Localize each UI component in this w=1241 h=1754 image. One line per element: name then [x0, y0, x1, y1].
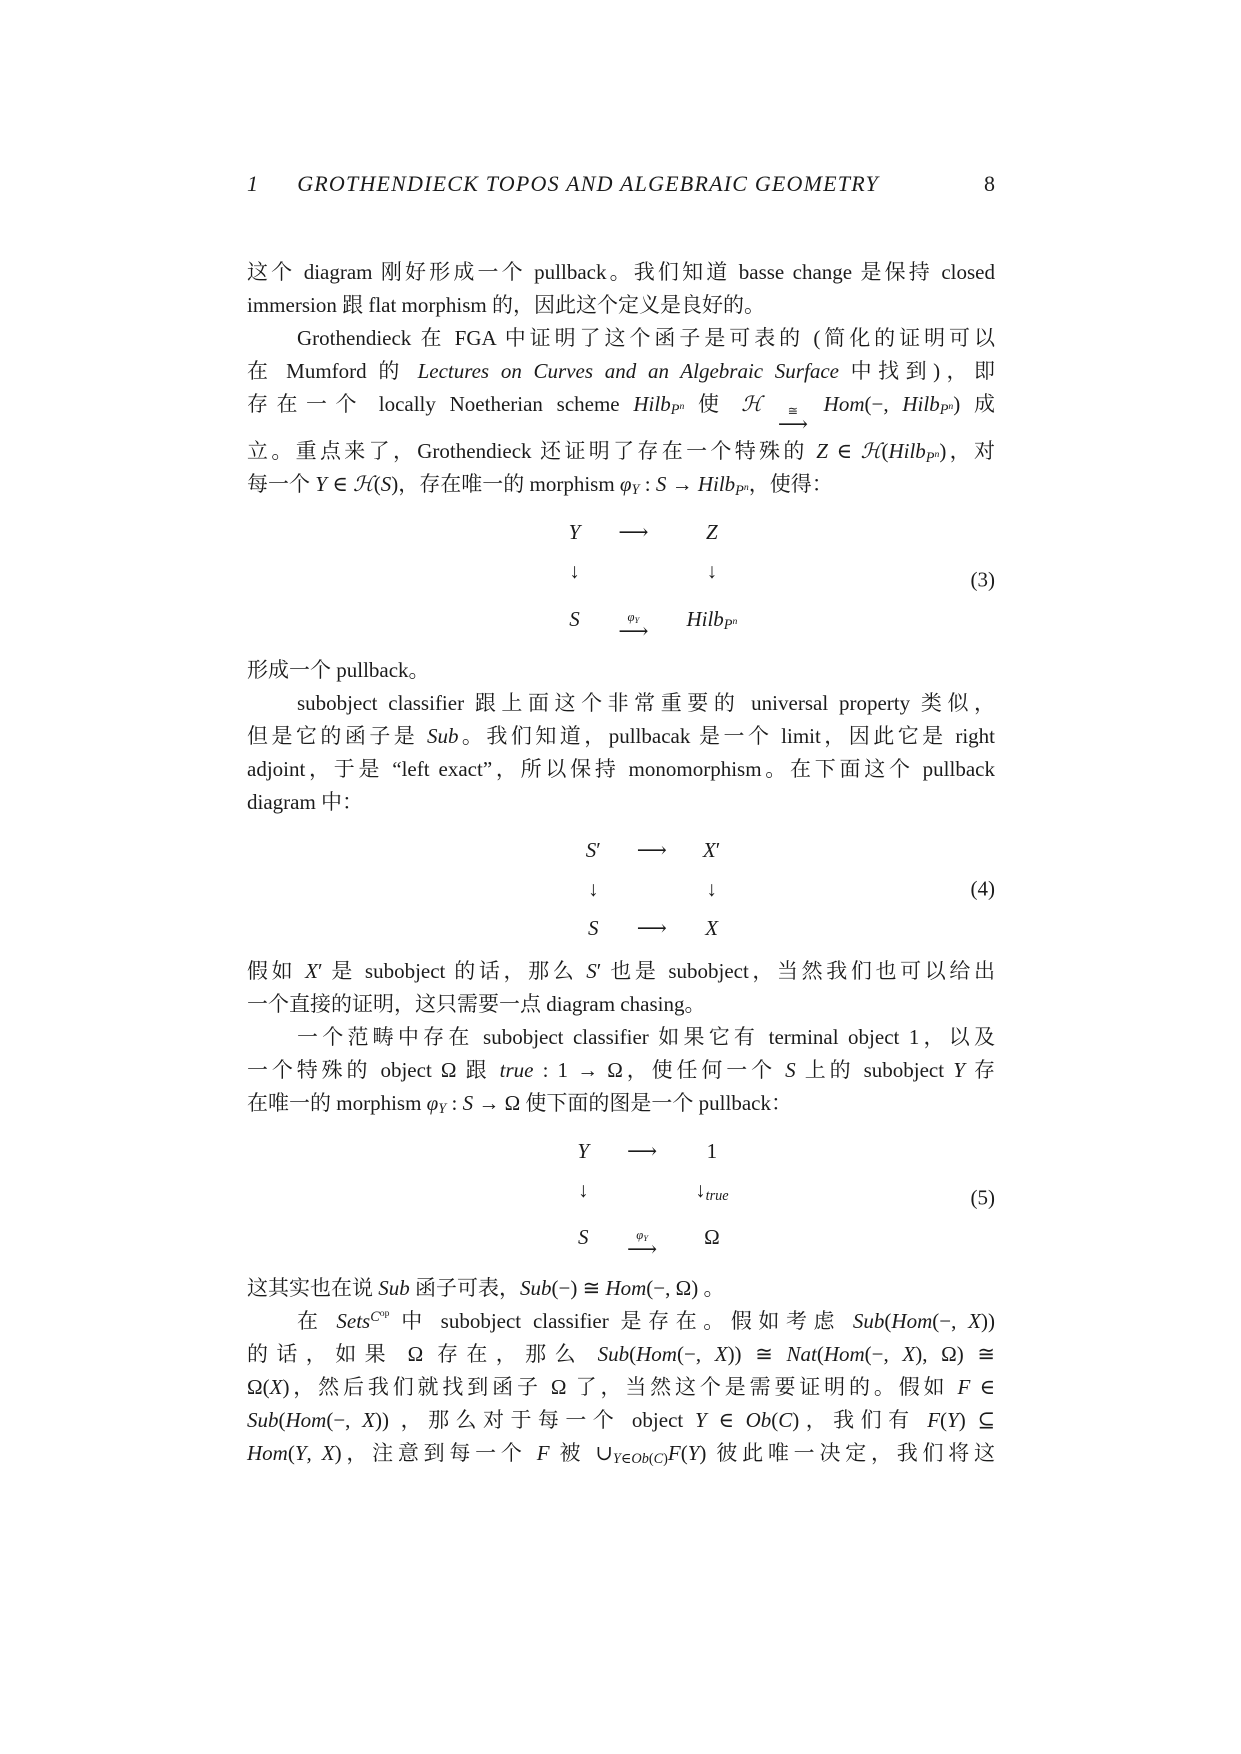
text-line: 一个直接的证明，这只需要一点 diagram chasing。: [247, 988, 995, 1021]
running-header: 1 GROTHENDIECK TOPOS AND ALGEBRAIC GEOME…: [247, 170, 995, 198]
diagram-cell: ↓true: [695, 1175, 728, 1205]
commutative-diagram: Y⟶Z↓↓SφY⟶HilbPn(3): [247, 517, 995, 641]
equation-number: (5): [971, 1181, 996, 1214]
text-line: subobject classifier 跟上面这个非常重要的 universa…: [247, 687, 995, 720]
diagram-cell: ⟶: [627, 1136, 657, 1166]
text-line: Sub(Hom(−, X)) ，那么对于每一个 object Y ∈ Ob(C)…: [247, 1404, 995, 1437]
diagram-cell: ⟶: [618, 517, 648, 547]
text-line: 但是它的函子是 Sub。我们知道，pullbacak 是一个 limit，因此它…: [247, 720, 995, 753]
text-line: 在唯一的 morphism φY : S → Ω 使下面的图是一个 pullba…: [247, 1087, 995, 1120]
diagram-cell: Z: [706, 517, 718, 547]
text-line: Grothendieck 在 FGA 中证明了这个函子是可表的 (简化的证明可以: [247, 322, 995, 355]
section-number: 1: [247, 170, 259, 198]
paragraph: 这个 diagram 刚好形成一个 pullback。我们知道 basse ch…: [247, 256, 995, 322]
text-line: adjoint，于是 “left exact”，所以保持 monomorphis…: [247, 753, 995, 786]
paragraph: subobject classifier 跟上面这个非常重要的 universa…: [247, 687, 995, 819]
diagram-grid: S′⟶X′↓↓S⟶X: [586, 835, 721, 943]
diagram-grid: Y⟶1↓↓trueSφY⟶Ω: [577, 1136, 728, 1260]
diagram-cell: ⟶: [637, 913, 667, 943]
diagram-cell: 1: [707, 1136, 718, 1166]
text-line: 一个范畴中存在 subobject classifier 如果它有 termin…: [247, 1021, 995, 1054]
labeled-arrow: φY⟶: [627, 1229, 657, 1260]
text-line: 的话，如果 Ω 存在，那么 Sub(Hom(−, X)) ≅ Nat(Hom(−…: [247, 1338, 995, 1371]
labeled-arrow: φY⟶: [618, 611, 648, 642]
text-line: 每一个 Y ∈ ℋ(S)，存在唯一的 morphism φY : S → Hil…: [247, 468, 995, 501]
diagram-cell: X′: [703, 835, 720, 865]
text-line: Hom(Y, X)，注意到每一个 F 被 ∪Y∈Ob(C)F(Y) 彼此唯一决定…: [247, 1437, 995, 1470]
text-line: 一个特殊的 object Ω 跟 true : 1 → Ω，使任何一个 S 上的…: [247, 1054, 995, 1087]
commutative-diagram: S′⟶X′↓↓S⟶X(4): [247, 835, 995, 943]
page-number: 8: [984, 170, 995, 198]
diagram-cell: S: [588, 913, 599, 943]
text-line: 假如 X′ 是 subobject 的话，那么 S′ 也是 subobject，…: [247, 955, 995, 988]
diagram-cell: S: [569, 604, 580, 634]
paragraph: Grothendieck 在 FGA 中证明了这个函子是可表的 (简化的证明可以…: [247, 322, 995, 501]
diagram-cell: ↓: [706, 874, 717, 904]
diagram-cell: Ω: [704, 1222, 720, 1252]
diagram-cell: ↓: [569, 556, 580, 586]
equation-number: (4): [971, 872, 996, 905]
text-line: 存在一个 locally Noetherian scheme HilbPn 使 …: [247, 388, 995, 435]
diagram-cell: S′: [586, 835, 601, 865]
document-body: 这个 diagram 刚好形成一个 pullback。我们知道 basse ch…: [247, 256, 995, 1470]
diagram-cell: HilbPn: [686, 604, 737, 634]
paragraph: 形成一个 pullback。: [247, 654, 995, 687]
labeled-arrow: ≅⟶: [778, 405, 808, 436]
diagram-cell: ⟶: [637, 835, 667, 865]
text-line: 这个 diagram 刚好形成一个 pullback。我们知道 basse ch…: [247, 256, 995, 289]
text-line: 在 Mumford 的 Lectures on Curves and an Al…: [247, 355, 995, 388]
paragraph: 假如 X′ 是 subobject 的话，那么 S′ 也是 subobject，…: [247, 955, 995, 1021]
section-title: GROTHENDIECK TOPOS AND ALGEBRAIC GEOMETR…: [297, 170, 879, 198]
diagram-cell: S: [578, 1222, 589, 1252]
text-line: 立。重点来了，Grothendieck 还证明了存在一个特殊的 Z ∈ ℋ(Hi…: [247, 435, 995, 468]
text-line: 形成一个 pullback。: [247, 654, 995, 687]
diagram-cell: φY⟶: [625, 1214, 659, 1260]
paragraph: 一个范畴中存在 subobject classifier 如果它有 termin…: [247, 1021, 995, 1120]
paragraph: 在 SetsCop 中 subobject classifier 是存在。假如考…: [247, 1305, 995, 1470]
diagram-cell: φY⟶: [616, 595, 650, 641]
diagram-cell: X: [705, 913, 718, 943]
text-line: immersion 跟 flat morphism 的，因此这个定义是良好的。: [247, 289, 995, 322]
diagram-cell: ↓: [578, 1175, 589, 1205]
diagram-cell: ↓: [588, 874, 599, 904]
diagram-cell: ↓: [707, 556, 718, 586]
diagram-cell: Y: [577, 1136, 589, 1166]
equation-number: (3): [971, 563, 996, 596]
diagram-cell: Y: [569, 517, 581, 547]
document-page: 1 GROTHENDIECK TOPOS AND ALGEBRAIC GEOME…: [0, 0, 1241, 1754]
text-column: 1 GROTHENDIECK TOPOS AND ALGEBRAIC GEOME…: [247, 170, 995, 1470]
text-line: diagram 中：: [247, 786, 995, 819]
text-line: Ω(X)，然后我们就找到函子 Ω 了，当然这个是需要证明的。假如 F ∈: [247, 1371, 995, 1404]
paragraph: 这其实也在说 Sub 函子可表，Sub(−) ≅ Hom(−, Ω) 。: [247, 1272, 995, 1305]
text-line: 在 SetsCop 中 subobject classifier 是存在。假如考…: [247, 1305, 995, 1338]
diagram-grid: Y⟶Z↓↓SφY⟶HilbPn: [569, 517, 738, 641]
commutative-diagram: Y⟶1↓↓trueSφY⟶Ω(5): [247, 1136, 995, 1260]
text-line: 这其实也在说 Sub 函子可表，Sub(−) ≅ Hom(−, Ω) 。: [247, 1272, 995, 1305]
